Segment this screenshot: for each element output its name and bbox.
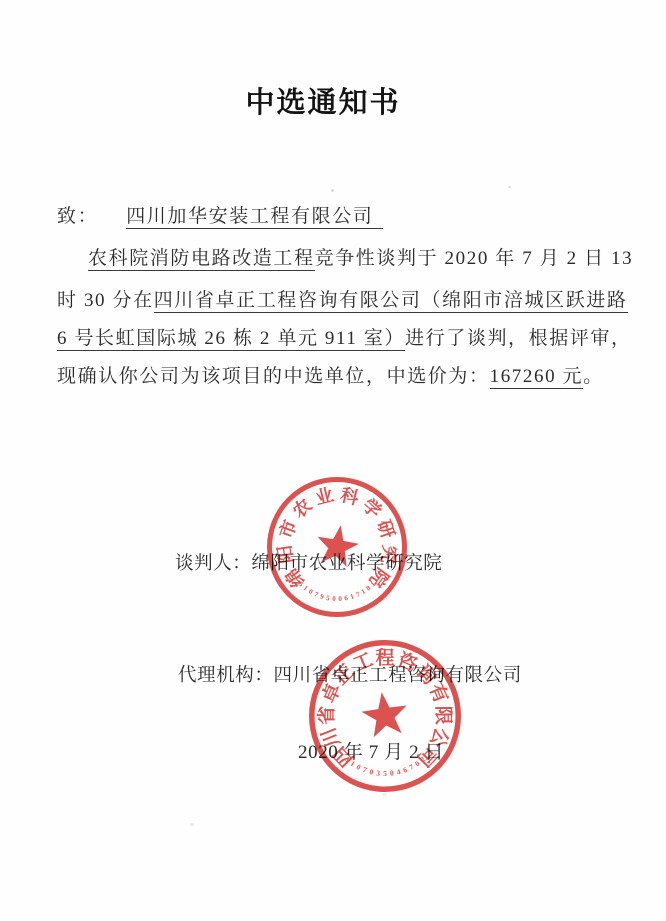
svg-text:5: 5 [297,580,305,589]
svg-text:8: 8 [365,584,373,593]
seal-star-icon [361,692,406,737]
body-text: 时 30 分在 [57,290,154,311]
body-text: 。 [583,366,604,387]
recipient-label: 致： [57,206,98,227]
svg-text:3: 3 [376,768,381,777]
document-title: 中选通知书 [0,80,646,121]
body-text: 竞争性谈判于 2020 年 7 月 2 日 13 [315,248,634,269]
project-name: 农科院消防电路改造工程 [88,248,315,271]
scanned-document-page: 中选通知书 致：四川加华安装工程有限公司 农科院消防电路改造工程竞争性谈判于 2… [0,0,666,921]
svg-text:1: 1 [302,584,310,593]
venue-address: 6 号长虹国际城 26 栋 2 单元 911 室） [57,328,405,351]
scan-speck [508,186,511,188]
agriculture-academy-seal: 绵阳市农业科学研究院51079500617181 [270,480,405,615]
svg-text:研: 研 [373,517,398,541]
svg-text:6: 6 [344,594,349,603]
recipient-name: 四川加华安装工程有限公司 [126,206,383,229]
svg-text:1: 1 [369,580,377,589]
svg-text:5: 5 [383,769,387,778]
svg-text:0: 0 [369,767,375,777]
official-seals-layer: 绵阳市农业科学研究院51079500617181四川省卓正工程咨询有限公司510… [0,0,666,921]
svg-text:市: 市 [275,517,301,541]
scan-speck [190,823,194,826]
negotiator-line: 谈判人：绵阳市农业科学研究院 [175,549,442,575]
body-line-address: 6 号长虹国际城 26 栋 2 单元 911 室）进行了谈判，根据评审， [57,323,617,350]
scan-speck [331,189,334,192]
svg-text:5: 5 [325,594,330,603]
agency-line: 代理机构：四川省卓正工程咨询有限公司 [178,661,522,687]
svg-text:1: 1 [360,587,368,596]
svg-text:0: 0 [332,595,336,603]
agency-label: 代理机构： [178,666,274,686]
body-text: 进行了谈判，根据评审， [405,328,632,349]
svg-text:省: 省 [315,706,338,725]
svg-text:4: 4 [396,767,402,777]
svg-text:限: 限 [432,706,454,725]
svg-text:0: 0 [338,595,342,603]
document-date: 2020 年 7 月 2 日 [298,742,444,763]
svg-text:0: 0 [389,768,394,777]
date-line: 2020 年 7 月 2 日 [298,737,444,764]
svg-text:业: 业 [313,485,335,509]
svg-text:0: 0 [307,587,315,596]
svg-text:9: 9 [319,592,325,601]
svg-text:7: 7 [313,590,320,599]
svg-text:学: 学 [358,494,385,522]
negotiator-label: 谈判人： [175,554,251,574]
svg-text:科: 科 [338,484,362,509]
venue-name: 四川省卓正工程咨询有限公司（绵阳市涪城区跃进路 [154,290,628,313]
negotiator-name: 绵阳市农业科学研究院 [251,554,442,574]
svg-text:7: 7 [362,765,369,775]
body-line-venue: 时 30 分在四川省卓正工程咨询有限公司（绵阳市涪城区跃进路 [57,285,617,312]
svg-text:1: 1 [349,592,355,601]
agency-name: 四川省卓正工程咨询有限公司 [274,666,522,686]
recipient-line: 致：四川加华安装工程有限公司 [57,201,617,228]
winning-price: 167260 元 [490,366,584,389]
svg-text:7: 7 [355,590,362,599]
body-line-price: 现确认你公司为该项目的中选单位，中选价为：167260 元。 [57,361,617,388]
body-line-project: 农科院消防电路改造工程竞争性谈判于 2020 年 7 月 2 日 13 [57,243,617,270]
scan-speck [382,793,387,796]
svg-text:农: 农 [288,494,315,522]
body-text: 现确认你公司为该项目的中选单位，中选价为： [57,366,490,387]
svg-text:6: 6 [402,765,409,775]
